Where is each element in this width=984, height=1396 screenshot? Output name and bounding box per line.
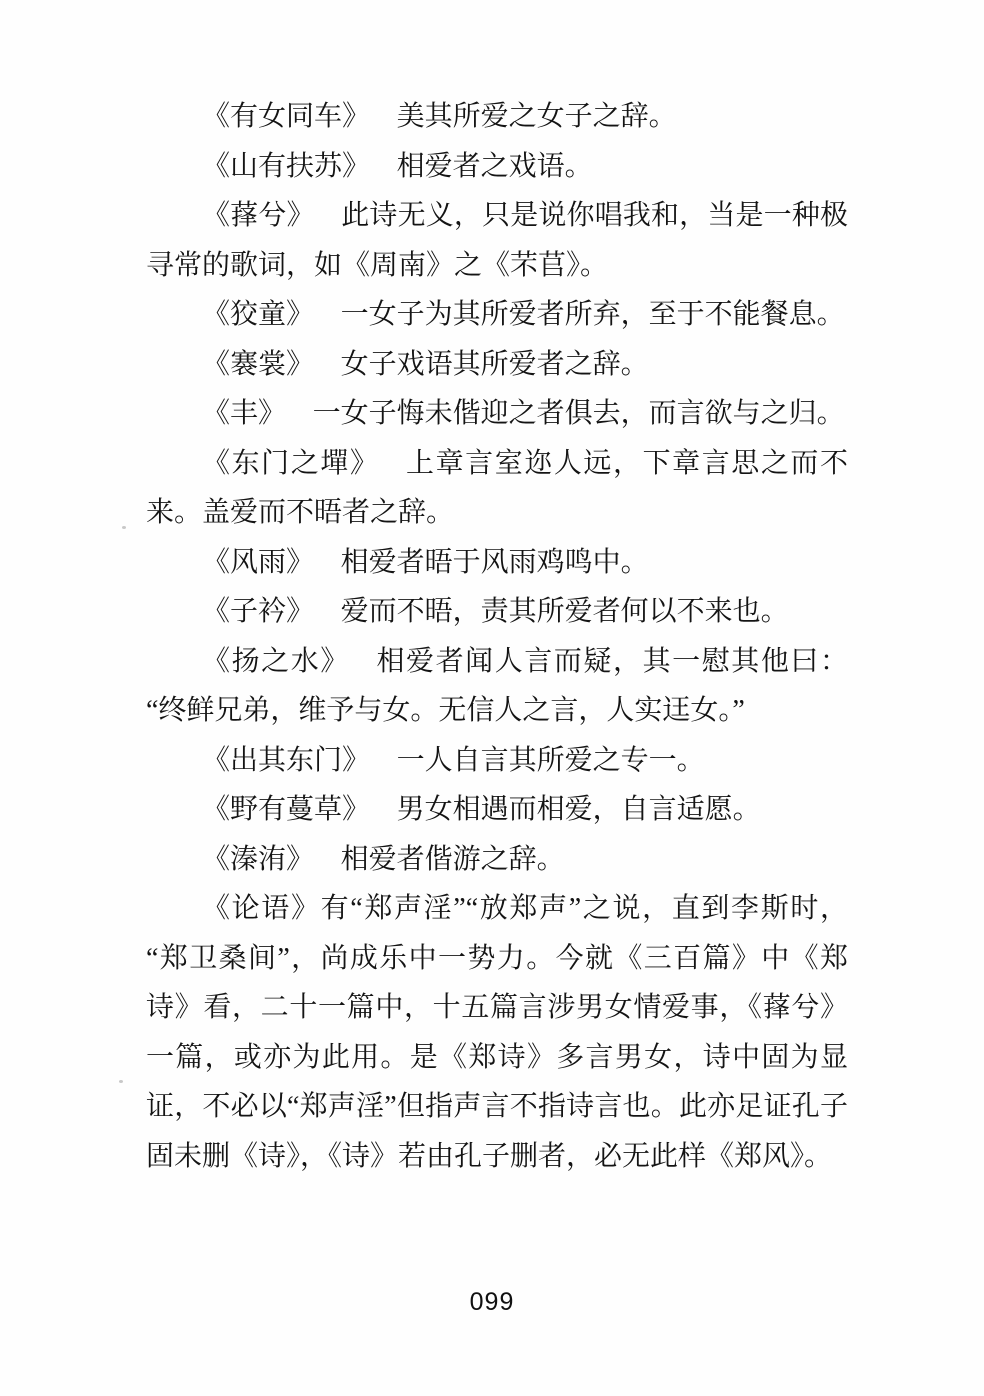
page-number: 099 — [0, 1288, 984, 1317]
poem-title: 《萚兮》 — [202, 200, 315, 231]
poem-title: 《狡童》 — [202, 299, 314, 330]
scanned-book-page: 《有女同车》美其所爱之女子之辞。 《山有扶苏》相爱者之戏语。 《萚兮》此诗无义，… — [0, 0, 984, 1396]
entry-note: 相爱者晤于风雨鸡鸣中。 — [341, 547, 649, 578]
entry-paragraph: 《有女同车》美其所爱之女子之辞。 — [146, 92, 848, 142]
entry-note: 美其所爱之女子之辞。 — [397, 101, 677, 132]
entry-paragraph: 《溱洧》相爱者偕游之辞。 — [146, 835, 848, 885]
poem-title: 《山有扶苏》 — [202, 151, 370, 182]
entry-note: 一女子悔未偕迎之者俱去，而言欲与之归。 — [313, 398, 845, 429]
entry-paragraph: 《狡童》一女子为其所爱者所弃，至于不能餐息。 — [146, 290, 848, 340]
entry-paragraph: 《子衿》爱而不晤，责其所爱者何以不来也。 — [146, 587, 848, 637]
poem-title: 《出其东门》 — [202, 745, 370, 776]
entry-note: 相爱者之戏语。 — [397, 151, 593, 182]
entry-paragraph: 《褰裳》女子戏语其所爱者之辞。 — [146, 340, 848, 390]
poem-title: 《扬之水》 — [202, 646, 350, 677]
entry-note: 爱而不晤，责其所爱者何以不来也。 — [341, 596, 789, 627]
poem-title: 《有女同车》 — [202, 101, 370, 132]
poem-title: 《丰》 — [202, 398, 286, 429]
entry-note: 男女相遇而相爱，自言适愿。 — [397, 794, 761, 825]
scan-speck — [119, 1080, 123, 1083]
poem-title: 《溱洧》 — [202, 844, 314, 875]
poem-title: 《东门之墠》 — [202, 448, 379, 479]
entry-paragraph: 《风雨》相爱者晤于风雨鸡鸣中。 — [146, 538, 848, 588]
entry-paragraph: 《出其东门》一人自言其所爱之专一。 — [146, 736, 848, 786]
closing-paragraph: 《论语》有“郑声淫”“放郑声”之说，直到李斯时，“郑卫桑间”，尚成乐中一势力。今… — [146, 884, 848, 1181]
entry-note: 一人自言其所爱之专一。 — [397, 745, 705, 776]
entry-note: 相爱者偕游之辞。 — [341, 844, 565, 875]
poem-title: 《子衿》 — [202, 596, 314, 627]
poem-title: 《风雨》 — [202, 547, 314, 578]
text-block: 《有女同车》美其所爱之女子之辞。 《山有扶苏》相爱者之戏语。 《萚兮》此诗无义，… — [146, 92, 848, 1181]
entry-paragraph: 《丰》一女子悔未偕迎之者俱去，而言欲与之归。 — [146, 389, 848, 439]
entry-paragraph: 《野有蔓草》男女相遇而相爱，自言适愿。 — [146, 785, 848, 835]
entry-paragraph: 《山有扶苏》相爱者之戏语。 — [146, 142, 848, 192]
poem-title: 《野有蔓草》 — [202, 794, 370, 825]
scan-speck — [122, 526, 126, 529]
entry-paragraph: 《萚兮》此诗无义，只是说你唱我和，当是一种极寻常的歌词，如《周南》之《芣苢》。 — [146, 191, 848, 290]
entry-note: 女子戏语其所爱者之辞。 — [341, 349, 649, 380]
entry-paragraph: 《扬之水》相爱者闻人言而疑，其一慰其他曰：“终鲜兄弟，维予与女。无信人之言，人实… — [146, 637, 848, 736]
poem-title: 《褰裳》 — [202, 349, 314, 380]
entry-note: 一女子为其所爱者所弃，至于不能餐息。 — [341, 299, 845, 330]
entry-paragraph: 《东门之墠》上章言室迩人远，下章言思之而不来。盖爱而不晤者之辞。 — [146, 439, 848, 538]
